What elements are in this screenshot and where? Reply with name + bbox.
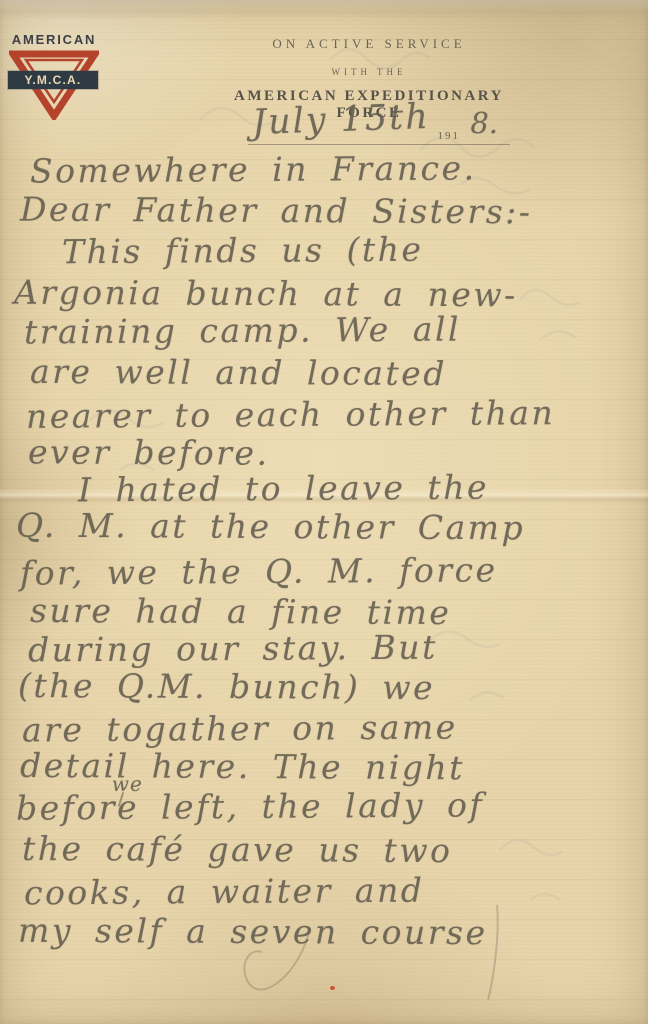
ymca-logo: AMERICAN Y.M.C.A. — [8, 32, 108, 120]
handwritten-line: Q. M. at the other Camp — [16, 506, 525, 548]
ymca-bar: Y.M.C.A. — [8, 71, 98, 89]
handwritten-line: nearer to each other than — [26, 393, 555, 436]
handwritten-line: I hated to leave the — [78, 468, 489, 510]
handwritten-line: are well and located — [30, 352, 447, 393]
handwritten-line-text: before left, the lady of — [16, 785, 484, 827]
printed-year-prefix: 191 — [438, 130, 461, 142]
on-active-service-text: ON ACTIVE SERVICE — [228, 36, 510, 52]
with-the-text: WITH THE — [228, 67, 510, 77]
handwritten-line: for, we the Q. M. force — [20, 550, 498, 592]
date-line: July 15th 191 8. — [248, 102, 510, 145]
handwritten-line: Somewhere in France. — [30, 148, 477, 190]
handwritten-line: (the Q.M. bunch) we — [18, 666, 435, 707]
handwritten-line: Dear Father and Sisters:- — [20, 190, 533, 232]
handwritten-date: July 15th — [251, 97, 430, 143]
handwritten-year: 8. — [470, 106, 498, 140]
handwritten-line: my self a seven course — [18, 911, 488, 952]
red-speck-mark — [330, 986, 335, 990]
handwritten-line: during our stay. But — [28, 628, 438, 670]
american-label: AMERICAN — [8, 32, 100, 47]
handwritten-line-with-insertion: we before left, the lady of — [16, 785, 484, 827]
handwritten-line: ever before. — [28, 432, 270, 472]
paper-top-edge — [0, 0, 648, 20]
ymca-label: Y.M.C.A. — [25, 73, 82, 87]
handwritten-line: Argonia bunch at a new- — [14, 273, 518, 315]
letter-scan: AMERICAN Y.M.C.A. ON ACTIVE SERVICE WITH… — [0, 0, 648, 1024]
handwritten-line: This finds us (the — [62, 230, 424, 272]
handwritten-line: sure had a fine time — [30, 591, 452, 632]
handwritten-line: training camp. We all — [24, 309, 461, 351]
handwritten-line: are togather on same — [22, 707, 458, 749]
handwritten-line: cooks, a waiter and — [24, 871, 425, 913]
inserted-word: we — [112, 772, 143, 796]
handwritten-line: the café gave us two — [22, 829, 453, 870]
handwritten-line: detail here. The night — [20, 746, 465, 787]
